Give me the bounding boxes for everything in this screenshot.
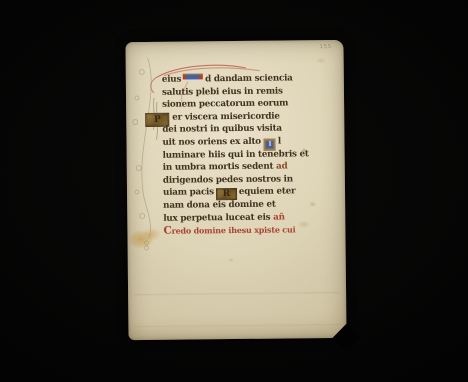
manuscript-text-line: uiam pacisRequiem eter <box>163 186 307 200</box>
parchment-stain <box>129 226 161 250</box>
text-segment: salutis plebi eius in remis <box>162 86 283 97</box>
parchment-stain <box>307 200 318 208</box>
text-segment: l <box>278 136 281 146</box>
text-segment: in umbra mortis sedent <box>163 162 276 173</box>
pencil-folio-number: 155 <box>319 44 331 50</box>
manuscript-text-line: eiusd dandam sciencia <box>162 72 306 86</box>
photograph-canvas: 155 eiusd dandam scienciasalutis plebi e… <box>0 0 468 382</box>
text-segment: d dandam sciencia <box>205 73 293 84</box>
text-segment: luminare hiis qui in tenebris et <box>163 149 309 161</box>
text-block: eiusd dandam scienciasalutis plebi eius … <box>162 72 308 237</box>
text-segment: eius <box>162 75 181 85</box>
text-segment: er viscera misericordie <box>172 111 280 122</box>
text-segment: Credo domine ihesu xpiste cui <box>163 225 295 236</box>
text-segment: uiam pacis <box>163 188 214 199</box>
text-segment: nam dona eis domine et <box>163 200 276 211</box>
parchment-stain <box>314 56 329 65</box>
rubric-text-line: Credo domine ihesu xpiste cui <box>163 223 307 237</box>
text-segment: sionem peccatorum eorum <box>162 99 288 110</box>
manuscript-text-line: in umbra mortis sedent ad <box>163 160 307 174</box>
line-filler-ornament <box>183 74 203 79</box>
trimmed-corner <box>332 324 360 352</box>
text-segment: an̄ <box>273 212 285 222</box>
text-segment: ad <box>276 162 287 172</box>
text-segment: uit nos oriens ex alto <box>162 137 260 148</box>
parchment-stain <box>227 257 236 263</box>
parchment-crease <box>134 292 340 296</box>
text-segment: dirigendos pedes nostros in <box>163 174 293 185</box>
parchment-crease <box>134 324 340 328</box>
text-segment: equiem eter <box>239 187 296 198</box>
text-segment: dei nostri in quibus visita <box>162 124 282 135</box>
manuscript-text-line: sionem peccatorum eorum <box>162 97 306 111</box>
text-segment: lux perpetua luceat eis <box>163 212 273 223</box>
manuscript-leaf: 155 eiusd dandam scienciasalutis plebi e… <box>125 40 346 340</box>
